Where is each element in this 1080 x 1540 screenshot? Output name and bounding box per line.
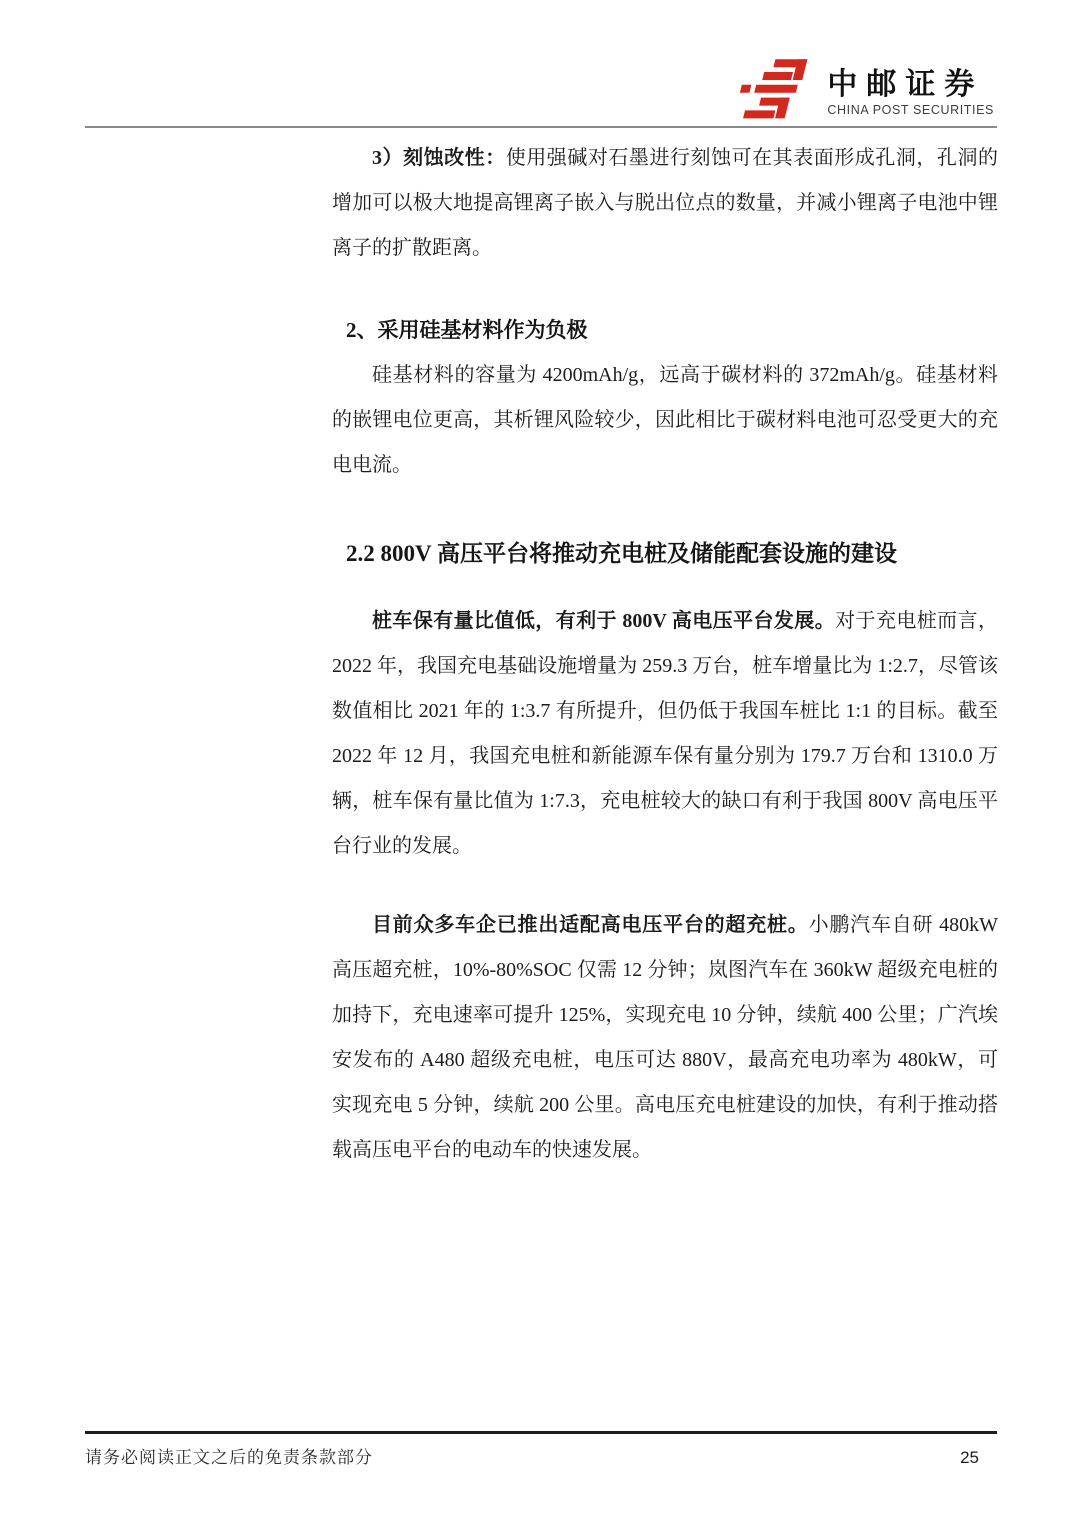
footer-divider — [85, 1431, 997, 1434]
paragraph-supercharge-lead: 目前众多车企已推出适配高电压平台的超充桩。 — [372, 914, 809, 936]
page-footer: 请务必阅读正文之后的免责条款部分 25 — [85, 1443, 997, 1468]
china-post-emblem-icon — [737, 56, 817, 128]
paragraph-etching: 3）刻蚀改性：使用强碱对石墨进行刻蚀可在其表面形成孔洞，孔洞的增加可以极大地提高… — [332, 136, 998, 271]
subheading-silicon-anode: 2、采用硅基材料作为负极 — [346, 308, 998, 353]
company-logo: 中邮证券 CHINA POST SECURITIES — [737, 56, 994, 128]
paragraph-pile-ratio-lead: 桩车保有量比值低，有利于 800V 高电压平台发展。 — [372, 610, 835, 632]
report-body: 3）刻蚀改性：使用强碱对石墨进行刻蚀可在其表面形成孔洞，孔洞的增加可以极大地提高… — [332, 136, 998, 1173]
report-page: 中邮证券 CHINA POST SECURITIES 3）刻蚀改性：使用强碱对石… — [0, 0, 1080, 1540]
paragraph-pile-ratio: 桩车保有量比值低，有利于 800V 高电压平台发展。对于充电桩而言，2022 年… — [332, 599, 998, 869]
page-number: 25 — [960, 1448, 979, 1468]
logo-english-name: CHINA POST SECURITIES — [827, 103, 994, 117]
paragraph-silicon: 硅基材料的容量为 4200mAh/g，远高于碳材料的 372mAh/g。硅基材料… — [332, 353, 998, 488]
paragraph-pile-ratio-text: 对于充电桩而言，2022 年，我国充电基础设施增量为 259.3 万台，桩车增量… — [332, 610, 998, 857]
paragraph-etching-lead: 3）刻蚀改性： — [372, 147, 506, 169]
paragraph-supercharge-text: 小鹏汽车自研 480kW 高压超充桩，10%-80%SOC 仅需 12 分钟；岚… — [332, 914, 998, 1161]
footer-disclaimer: 请务必阅读正文之后的免责条款部分 — [85, 1443, 373, 1468]
header-divider — [85, 126, 997, 128]
logo-text: 中邮证券 CHINA POST SECURITIES — [827, 68, 994, 117]
section-heading-800v: 2.2 800V 高压平台将推动充电桩及储能配套设施的建设 — [346, 530, 998, 578]
paragraph-supercharge: 目前众多车企已推出适配高电压平台的超充桩。小鹏汽车自研 480kW 高压超充桩，… — [332, 903, 998, 1173]
logo-chinese-name: 中邮证券 — [827, 68, 983, 101]
